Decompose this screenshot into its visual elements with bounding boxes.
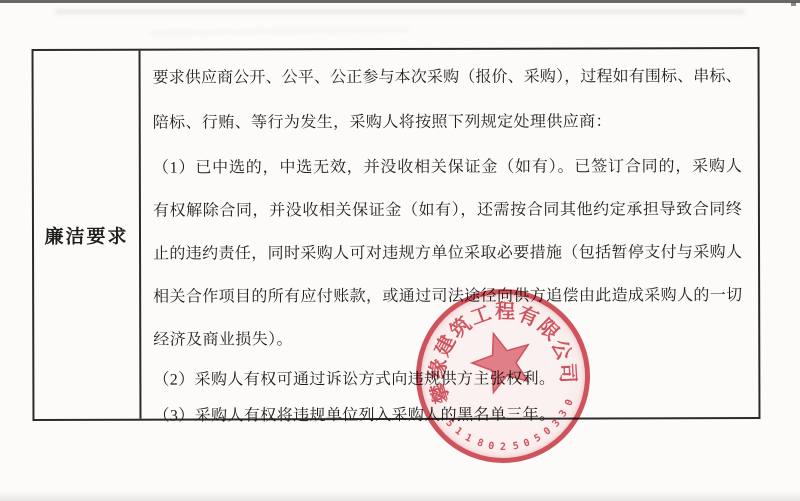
content-line: 陪标、行贿、等行为发生，采购人将按照下列规定处理供应商： xyxy=(153,110,742,136)
content-line: （1）已中选的，中选无效，并没收相关保证金（如有）。已签订合同的，采购人 xyxy=(153,155,742,181)
scan-speck xyxy=(791,2,796,6)
scan-smudge xyxy=(55,9,745,14)
seal-number-digit: 1 xyxy=(460,431,476,447)
scan-edge-artifact xyxy=(0,492,800,501)
seal-number-digit: 5 xyxy=(530,431,546,447)
content-cell: 要求供应商公开、公平、公正参与本次采购（报价、采购），过程如有围标、串标、陪标、… xyxy=(141,49,759,419)
scan-edge-artifact xyxy=(0,0,800,3)
seal-number-digit: 5 xyxy=(509,440,523,454)
document-page: 廉洁要求 要求供应商公开、公平、公正参与本次采购（报价、采购），过程如有围标、串… xyxy=(0,0,800,501)
scan-smudge xyxy=(150,29,410,35)
content-line: 要求供应商公开、公平、公正参与本次采购（报价、采购），过程如有围标、串标、 xyxy=(153,65,742,91)
table-header-cell: 廉洁要求 xyxy=(34,51,142,419)
content-line: 有权解除合同，并没收相关保证金（如有），还需按合同其他约定承担导致合同终 xyxy=(153,198,742,224)
content-line: （3）采购人有权将违规单位列入采购人的黑名单三年。 xyxy=(153,403,742,429)
content-line: 相关合作项目的所有应付账款，或通过司法途径向供方追偿由此造成采购人的一切 xyxy=(153,284,742,310)
seal-number-digit: 0 xyxy=(484,440,498,454)
seal-number-digit: 8 xyxy=(472,436,487,451)
seal-number-digit: 2 xyxy=(497,442,509,454)
content-line: 经济及商业损失）。 xyxy=(153,327,742,353)
content-line: （2）采购人有权可通过诉讼方式向违规供方主张权利。 xyxy=(153,367,742,393)
content-line: 止的违约责任，同时采购人可对违规方单位采取必要措施（包括暂停支付与采购人 xyxy=(153,241,742,267)
seal-number-digit: 0 xyxy=(520,436,535,451)
requirements-table: 廉洁要求 要求供应商公开、公平、公正参与本次采购（报价、采购），过程如有围标、串… xyxy=(32,47,761,421)
